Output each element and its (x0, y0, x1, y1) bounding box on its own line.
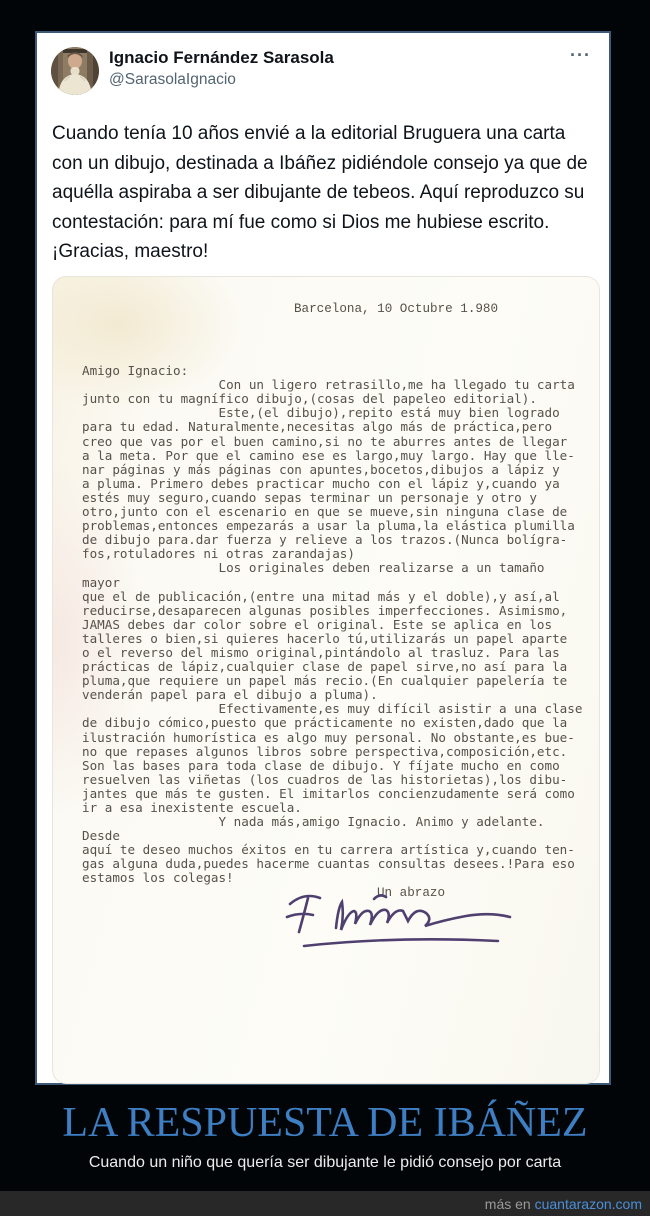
caption-block: LA RESPUESTA DE IBÁÑEZ Cuando un niño qu… (0, 1099, 650, 1173)
caption-subtitle: Cuando un niño que quería ser dibujante … (0, 1153, 650, 1173)
footer-bar: más en cuantarazon.com (0, 1191, 650, 1216)
letter-image[interactable]: Barcelona, 10 Octubre 1.980 Amigo Ignaci… (52, 276, 600, 1084)
footer-prefix: más en (485, 1196, 535, 1212)
letter-date: Barcelona, 10 Octubre 1.980 (52, 276, 600, 316)
tweet-header: Ignacio Fernández Sarasola @SarasolaIgna… (51, 46, 595, 96)
ibanez-signature-icon (274, 884, 534, 962)
avatar[interactable] (51, 47, 99, 95)
letter-body: Amigo Ignacio: Con un ligero retrasillo,… (52, 364, 600, 885)
caption-title: LA RESPUESTA DE IBÁÑEZ (0, 1099, 650, 1147)
meme-page: Ignacio Fernández Sarasola @SarasolaIgna… (0, 0, 650, 1216)
footer-site-link[interactable]: cuantarazon.com (535, 1196, 642, 1212)
name-block: Ignacio Fernández Sarasola @SarasolaIgna… (109, 47, 334, 90)
tweet-text: Cuando tenía 10 años envié a la editoria… (52, 119, 598, 267)
avatar-photo (51, 47, 99, 95)
tweet-card: Ignacio Fernández Sarasola @SarasolaIgna… (35, 31, 611, 1085)
display-name[interactable]: Ignacio Fernández Sarasola (109, 47, 334, 69)
user-handle[interactable]: @SarasolaIgnacio (109, 69, 334, 90)
more-options-icon[interactable]: ··· (570, 46, 591, 64)
